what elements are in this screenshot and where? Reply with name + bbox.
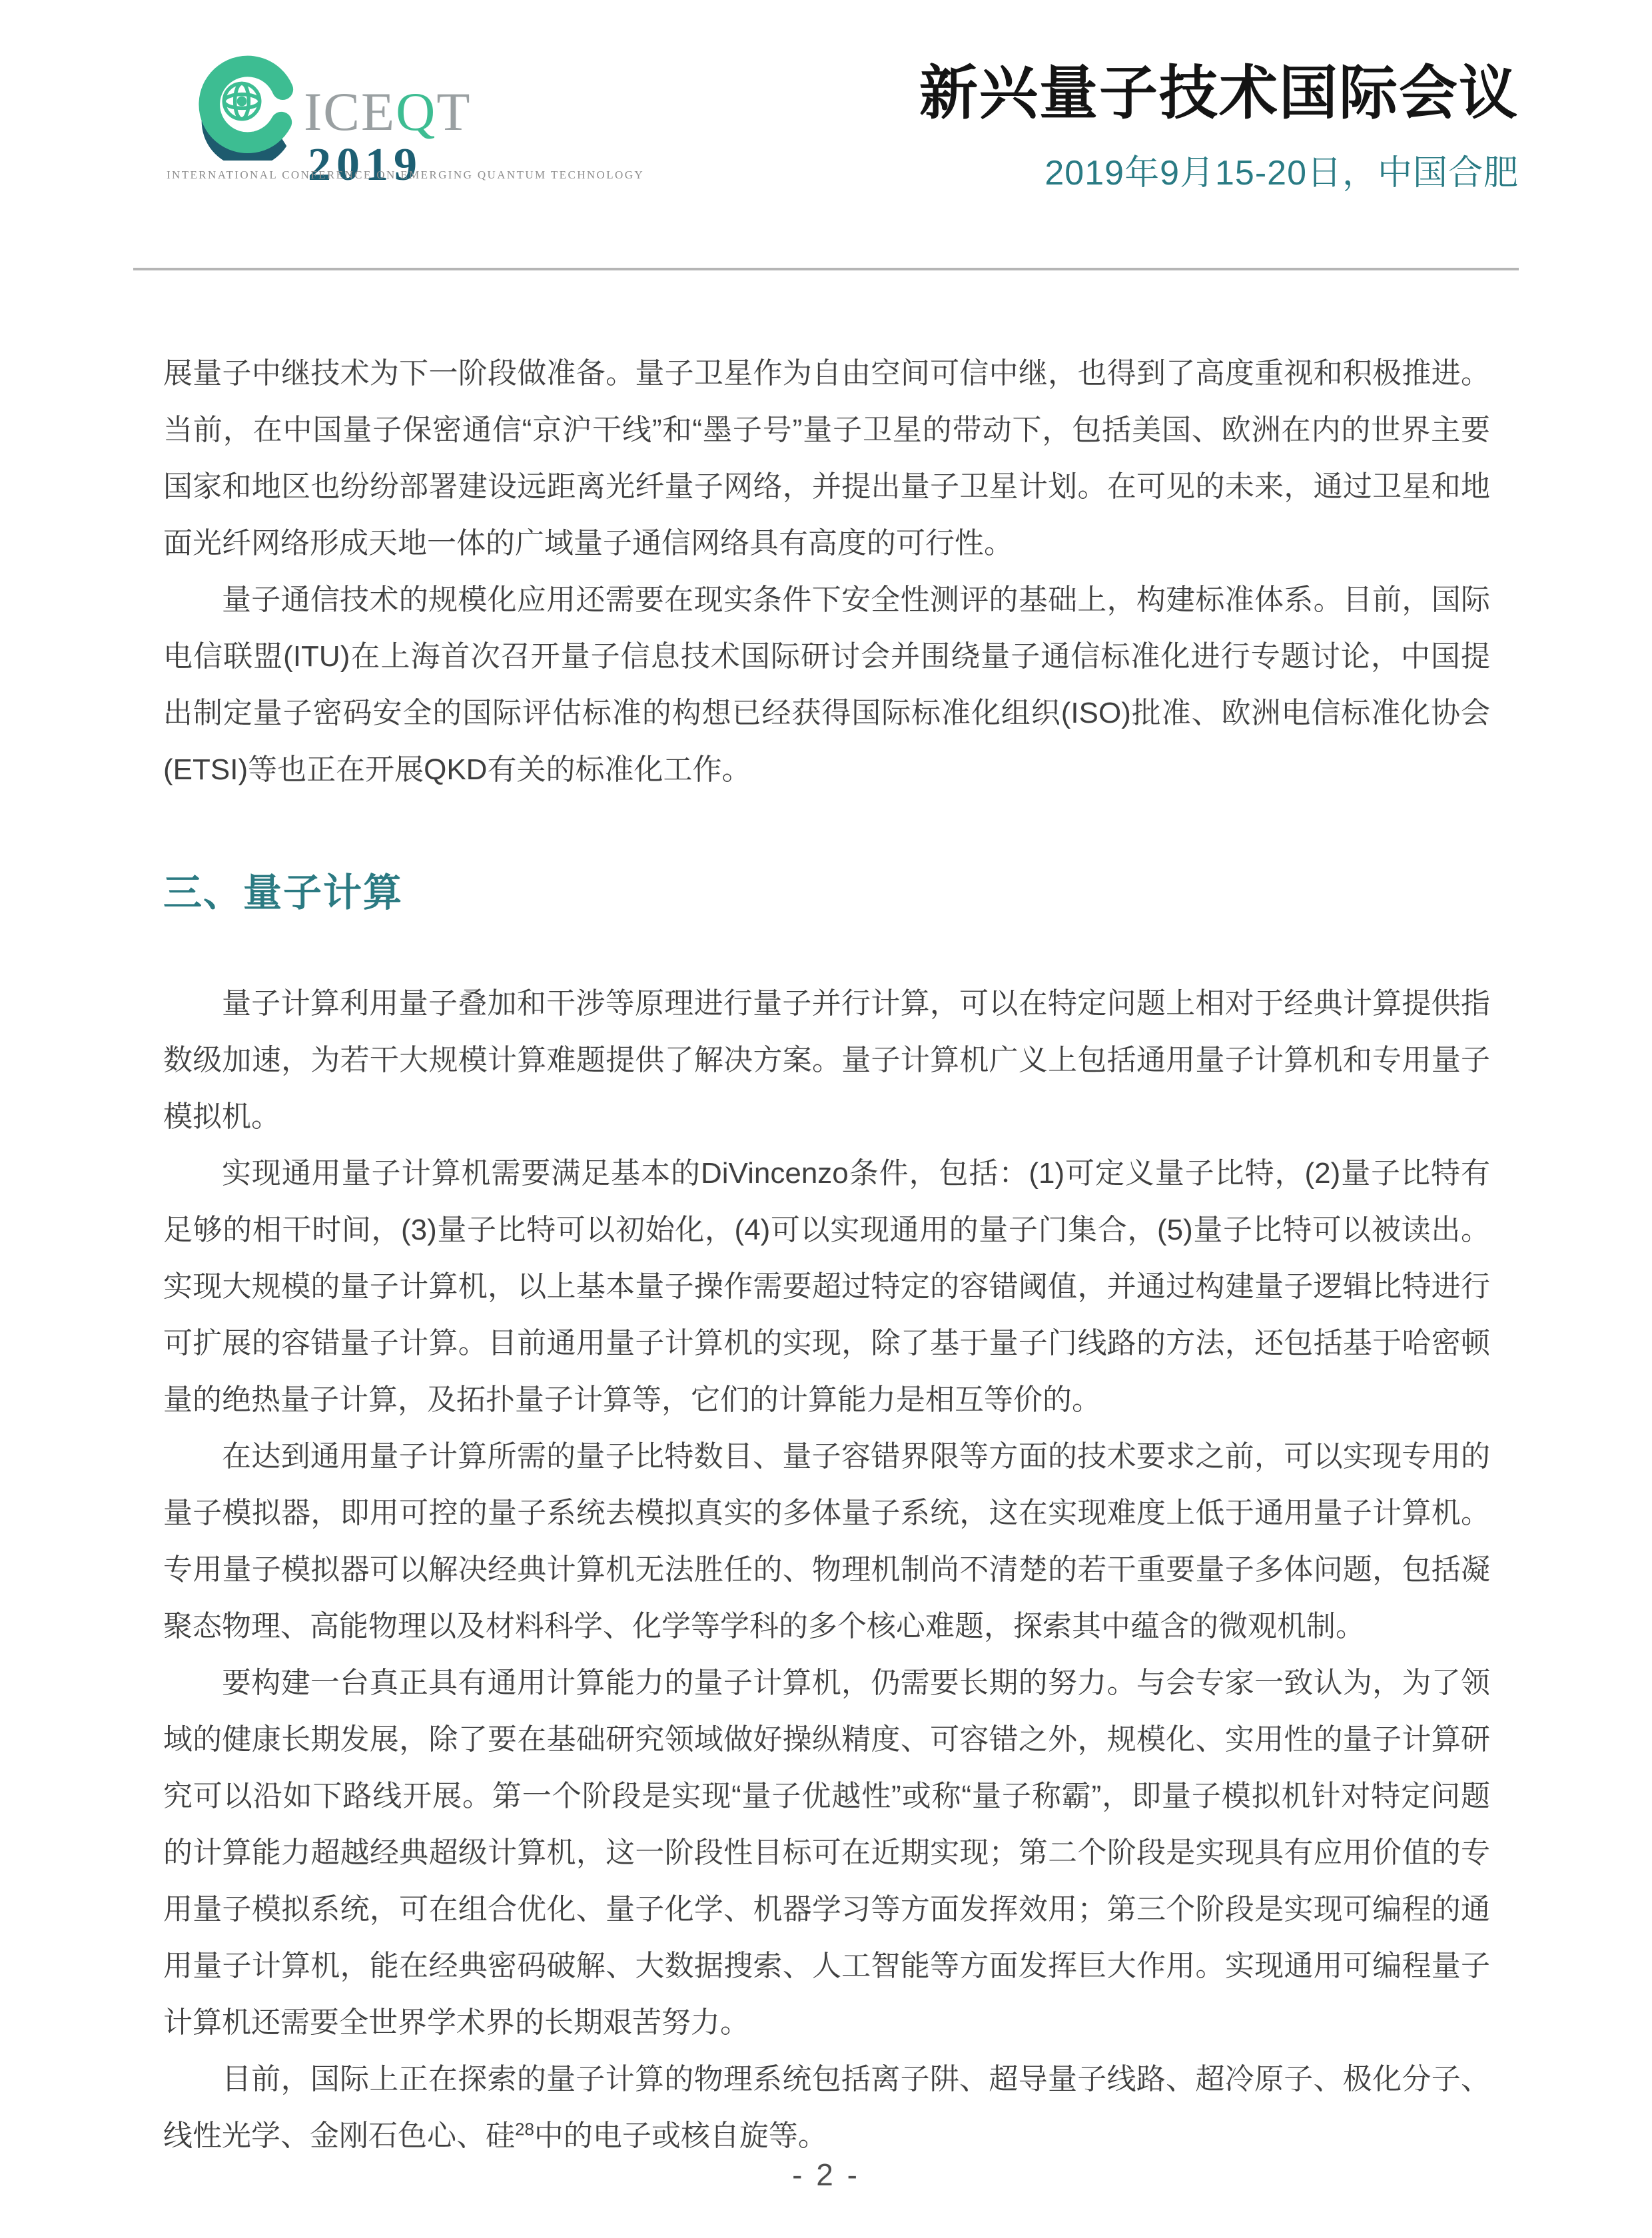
- q-globe-logo-icon: [184, 42, 302, 161]
- document-body: 展量子中继技术为下一阶段做准备。量子卫星作为自由空间可信中继，也得到了高度重视和…: [163, 345, 1490, 2164]
- conference-date: 2019年9月15-20日，中国合肥: [919, 145, 1519, 194]
- document-page: ICEQT 2019 INTERNATIONAL CONFERENCE ON E…: [0, 0, 1652, 2238]
- paragraph: 量子通信技术的规模化应用还需要在现实条件下安全性测评的基础上，构建标准体系。目前…: [163, 571, 1490, 798]
- logo-wordmark: ICEQT: [304, 85, 471, 139]
- wordmark-ice: ICE: [304, 81, 396, 142]
- paragraph: 在达到通用量子计算所需的量子比特数目、量子容错界限等方面的技术要求之前，可以实现…: [163, 1428, 1490, 1655]
- isotope-superscript: 28: [515, 2119, 534, 2139]
- conference-title: 新兴量子技术国际会议: [919, 61, 1519, 126]
- paragraph: 展量子中继技术为下一阶段做准备。量子卫星作为自由空间可信中继，也得到了高度重视和…: [163, 345, 1490, 571]
- conference-logo: ICEQT 2019 INTERNATIONAL CONFERENCE ON E…: [167, 37, 526, 196]
- header-title-block: 新兴量子技术国际会议 2019年9月15-20日，中国合肥: [919, 61, 1519, 194]
- paragraph-with-superscript: 目前，国际上正在探索的量子计算的物理系统包括离子阱、超导量子线路、超冷原子、极化…: [163, 2051, 1490, 2164]
- paragraph-text: 中的电子或核自旋等。: [534, 2119, 827, 2152]
- section-heading: 三、量子计算: [163, 873, 1490, 914]
- paragraph: 要构建一台真正具有通用计算能力的量子计算机，仍需要长期的努力。与会专家一致认为，…: [163, 1655, 1490, 2051]
- wordmark-q: Q: [396, 81, 436, 142]
- paragraph: 量子计算利用量子叠加和干涉等原理进行量子并行计算，可以在特定问题上相对于经典计算…: [163, 975, 1490, 1145]
- wordmark-t: T: [436, 81, 471, 142]
- logo-tagline: INTERNATIONAL CONFERENCE ON EMERGING QUA…: [167, 169, 526, 182]
- header-divider: [133, 268, 1519, 270]
- globe-center-dot: [237, 97, 247, 107]
- paragraph: 实现通用量子计算机需要满足基本的DiVincenzo条件，包括：(1)可定义量子…: [163, 1145, 1490, 1428]
- page-number: - 2 -: [0, 2157, 1652, 2193]
